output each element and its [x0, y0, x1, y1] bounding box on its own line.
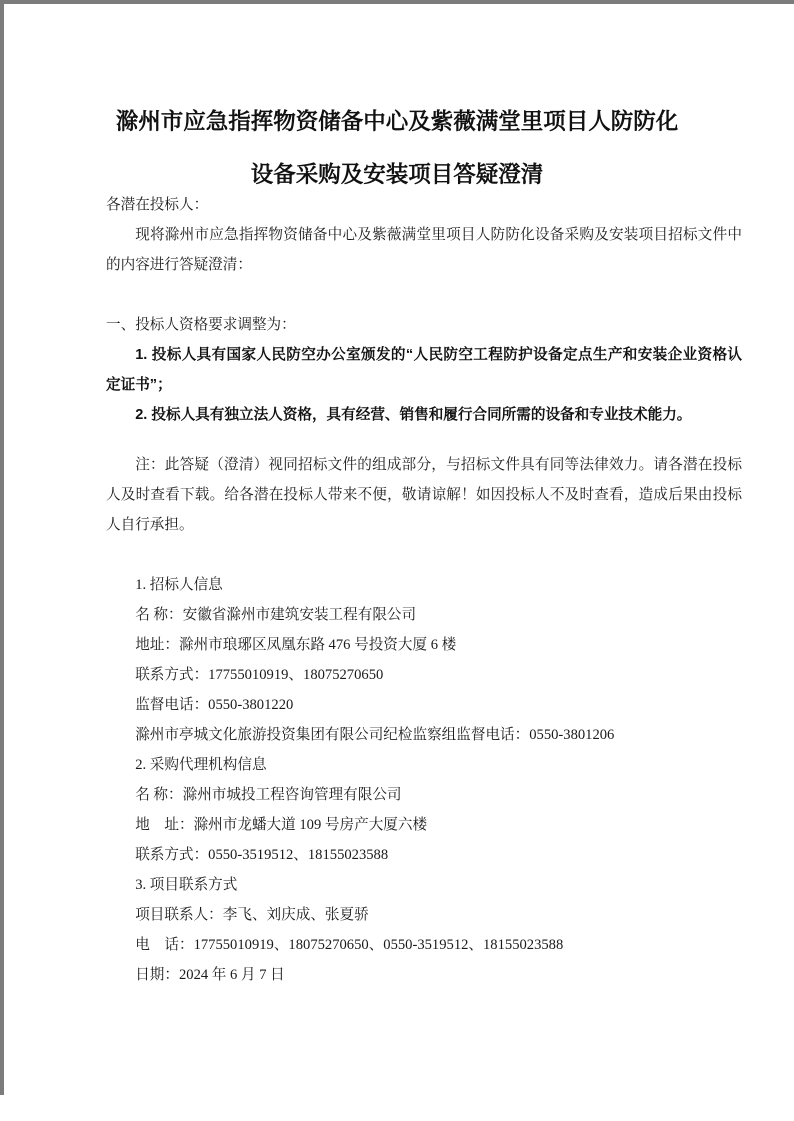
- salutation: 各潜在投标人：: [106, 190, 742, 220]
- tenderer-supervision-phone: 监督电话：0550-3801220: [106, 690, 742, 720]
- tenderer-phone: 联系方式：17755010919、18075270650: [106, 660, 742, 690]
- page-border-top: [0, 0, 794, 4]
- tenderer-address: 地址：滁州市琅琊区凤凰东路 476 号投资大厦 6 楼: [106, 630, 742, 660]
- document-title: 滁州市应急指挥物资储备中心及紫薇满堂里项目人防防化 设备采购及安装项目答疑澄清: [40, 95, 754, 201]
- document-date: 日期：2024 年 6 月 7 日: [106, 960, 742, 990]
- agency-name: 名 称：滁州市城投工程咨询管理有限公司: [106, 780, 742, 810]
- tenderer-heading: 1. 招标人信息: [106, 570, 742, 600]
- section-heading: 一、投标人资格要求调整为：: [106, 310, 742, 340]
- tenderer-name: 名 称：安徽省滁州市建筑安装工程有限公司: [106, 600, 742, 630]
- agency-phone: 联系方式：0550-3519512、18155023588: [106, 840, 742, 870]
- requirement-item-1: 1. 投标人具有国家人民防空办公室颁发的“人民防空工程防护设备定点生产和安装企业…: [106, 340, 742, 400]
- contact-persons: 项目联系人：李飞、刘庆成、张夏骄: [106, 900, 742, 930]
- note-paragraph: 注：此答疑（澄清）视同招标文件的组成部分，与招标文件具有同等法律效力。请各潜在投…: [106, 450, 742, 540]
- agency-address: 地 址：滁州市龙蟠大道 109 号房产大厦六楼: [106, 810, 742, 840]
- intro-paragraph: 现将滁州市应急指挥物资储备中心及紫薇满堂里项目人防防化设备采购及安装项目招标文件…: [106, 220, 742, 280]
- contact-phones: 电 话：17755010919、18075270650、0550-3519512…: [106, 930, 742, 960]
- document-title-line1: 滁州市应急指挥物资储备中心及紫薇满堂里项目人防防化: [40, 95, 754, 148]
- document-page: 滁州市应急指挥物资储备中心及紫薇满堂里项目人防防化 设备采购及安装项目答疑澄清 …: [0, 0, 794, 1121]
- document-body: 各潜在投标人： 现将滁州市应急指挥物资储备中心及紫薇满堂里项目人防防化设备采购及…: [106, 190, 742, 990]
- page-border-left: [0, 0, 4, 1095]
- requirement-item-2: 2. 投标人具有独立法人资格，具有经营、销售和履行合同所需的设备和专业技术能力。: [106, 400, 742, 430]
- agency-heading: 2. 采购代理机构信息: [106, 750, 742, 780]
- tenderer-discipline-phone: 滁州市亭城文化旅游投资集团有限公司纪检监察组监督电话：0550-3801206: [106, 720, 742, 750]
- contact-heading: 3. 项目联系方式: [106, 870, 742, 900]
